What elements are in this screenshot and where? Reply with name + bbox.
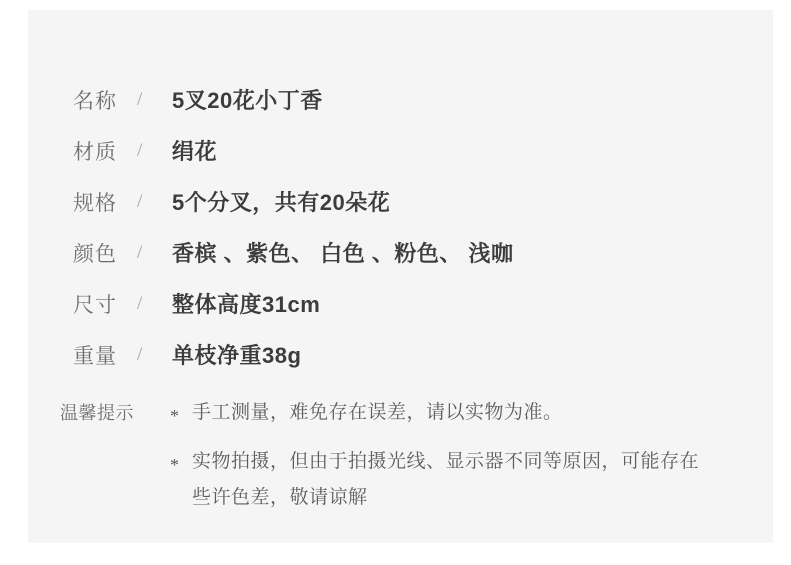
- asterisk-bullet: *: [170, 398, 192, 434]
- spec-separator: /: [137, 140, 172, 162]
- tip-item: * 实物拍摄，但由于拍摄光线、显示器不同等原因，可能存在 些许色差，敬请谅解: [170, 444, 743, 516]
- tips-items: * 手工测量，难免存在误差，请以实物为准。 * 实物拍摄，但由于拍摄光线、显示器…: [170, 395, 743, 516]
- product-spec-sheet: 名称 / 5叉20花小丁香 材质 / 绢花 规格 / 5个分叉，共有20朵花 颜…: [0, 0, 791, 565]
- tips-label: 温馨提示: [60, 395, 170, 516]
- spec-row-name: 名称 / 5叉20花小丁香: [28, 74, 773, 125]
- spec-row-specification: 规格 / 5个分叉，共有20朵花: [28, 176, 773, 227]
- spec-value-color: 香槟 、紫色、 白色 、粉色、 浅咖: [172, 237, 513, 268]
- spec-separator: /: [137, 293, 172, 315]
- spec-row-weight: 重量 / 单枝净重38g: [28, 329, 773, 380]
- spec-label-color: 颜色: [73, 238, 137, 268]
- spec-separator: /: [137, 191, 172, 213]
- tip-text: 实物拍摄，但由于拍摄光线、显示器不同等原因，可能存在 些许色差，敬请谅解: [192, 444, 699, 516]
- spec-value-specification: 5个分叉，共有20朵花: [172, 186, 390, 217]
- spec-separator: /: [137, 89, 172, 111]
- spec-separator: /: [137, 344, 172, 366]
- spec-value-size: 整体高度31cm: [172, 288, 320, 319]
- tips-section: 温馨提示 * 手工测量，难免存在误差，请以实物为准。 * 实物拍摄，但由于拍摄光…: [28, 395, 773, 516]
- spec-label-size: 尺寸: [73, 289, 137, 319]
- spec-value-name: 5叉20花小丁香: [172, 84, 323, 115]
- spec-label-material: 材质: [73, 136, 137, 166]
- asterisk-bullet: *: [170, 447, 192, 483]
- spec-list: 名称 / 5叉20花小丁香 材质 / 绢花 规格 / 5个分叉，共有20朵花 颜…: [28, 10, 773, 380]
- spec-row-material: 材质 / 绢花: [28, 125, 773, 176]
- tip-text: 手工测量，难免存在误差，请以实物为准。: [192, 395, 563, 431]
- spec-row-size: 尺寸 / 整体高度31cm: [28, 278, 773, 329]
- spec-label-weight: 重量: [73, 340, 137, 370]
- spec-value-weight: 单枝净重38g: [172, 339, 301, 370]
- spec-label-specification: 规格: [73, 187, 137, 217]
- spec-panel: 名称 / 5叉20花小丁香 材质 / 绢花 规格 / 5个分叉，共有20朵花 颜…: [28, 10, 773, 543]
- spec-label-name: 名称: [73, 85, 137, 115]
- spec-row-color: 颜色 / 香槟 、紫色、 白色 、粉色、 浅咖: [28, 227, 773, 278]
- spec-separator: /: [137, 242, 172, 264]
- tip-item: * 手工测量，难免存在误差，请以实物为准。: [170, 395, 743, 431]
- spec-value-material: 绢花: [172, 135, 217, 166]
